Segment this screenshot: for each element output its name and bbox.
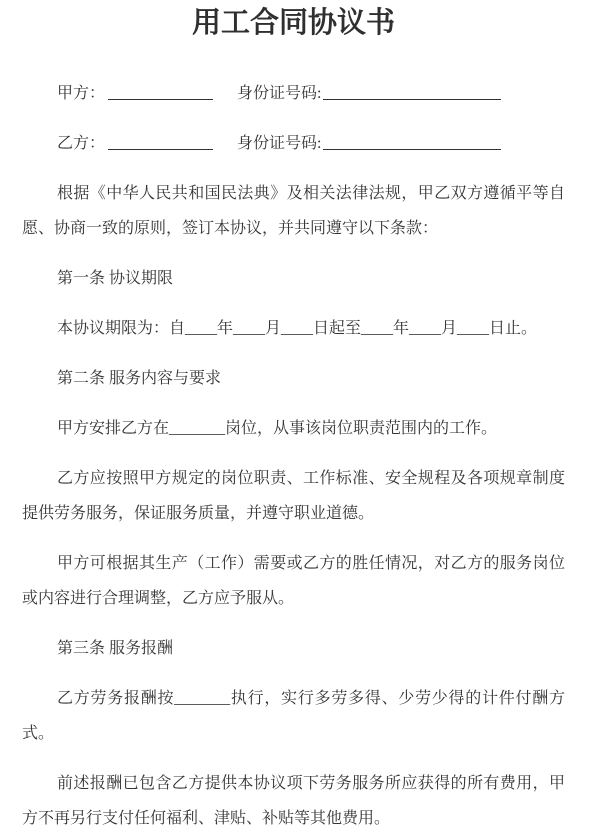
section-3-heading: 第三条 服务报酬: [22, 631, 565, 666]
party-a-name-blank: [108, 82, 213, 100]
document-page: 用工合同协议书 甲方：身份证号码: 乙方：身份证号码: 根据《中华人民共和国民法…: [0, 0, 592, 836]
section-2-paragraph-post: 甲方安排乙方在_______岗位，从事该岗位职责范围内的工作。: [22, 411, 565, 446]
party-b-label: 乙方：: [57, 135, 105, 152]
section-1-heading: 第一条 协议期限: [22, 261, 565, 296]
section-2-heading: 第二条 服务内容与要求: [22, 361, 565, 396]
intro-paragraph: 根据《中华人民共和国民法典》及相关法律法规，甲乙双方遵循平等自愿、协商一致的原则…: [22, 176, 565, 246]
party-b-row: 乙方：身份证号码:: [22, 126, 565, 161]
party-a-label: 甲方：: [57, 85, 105, 102]
section-2-paragraph-adjustment: 甲方可根据其生产（工作）需要或乙方的胜任情况，对乙方的服务岗位或内容进行合理调整…: [22, 546, 565, 616]
party-b-id-label: 身份证号码:: [237, 135, 321, 152]
party-a-id-label: 身份证号码:: [237, 85, 321, 102]
party-a-id-blank: [323, 82, 501, 100]
section-1-paragraph-term: 本协议期限为：自____年____月____日起至____年____月____日…: [22, 311, 565, 346]
section-3-paragraph-pay: 乙方劳务报酬按_______执行，实行多劳多得、少劳少得的计件付酬方式。: [22, 681, 565, 751]
party-a-row: 甲方：身份证号码:: [22, 76, 565, 111]
section-2-paragraph-duties: 乙方应按照甲方规定的岗位职责、工作标准、安全规程及各项规章制度提供劳务服务，保证…: [22, 461, 565, 531]
page-title: 用工合同协议书: [22, 6, 565, 40]
party-b-name-blank: [108, 132, 213, 150]
section-3-paragraph-inclusive: 前述报酬已包含乙方提供本协议项下劳务服务所应获得的所有费用，甲方不再另行支付任何…: [22, 766, 565, 836]
party-b-id-blank: [323, 132, 501, 150]
